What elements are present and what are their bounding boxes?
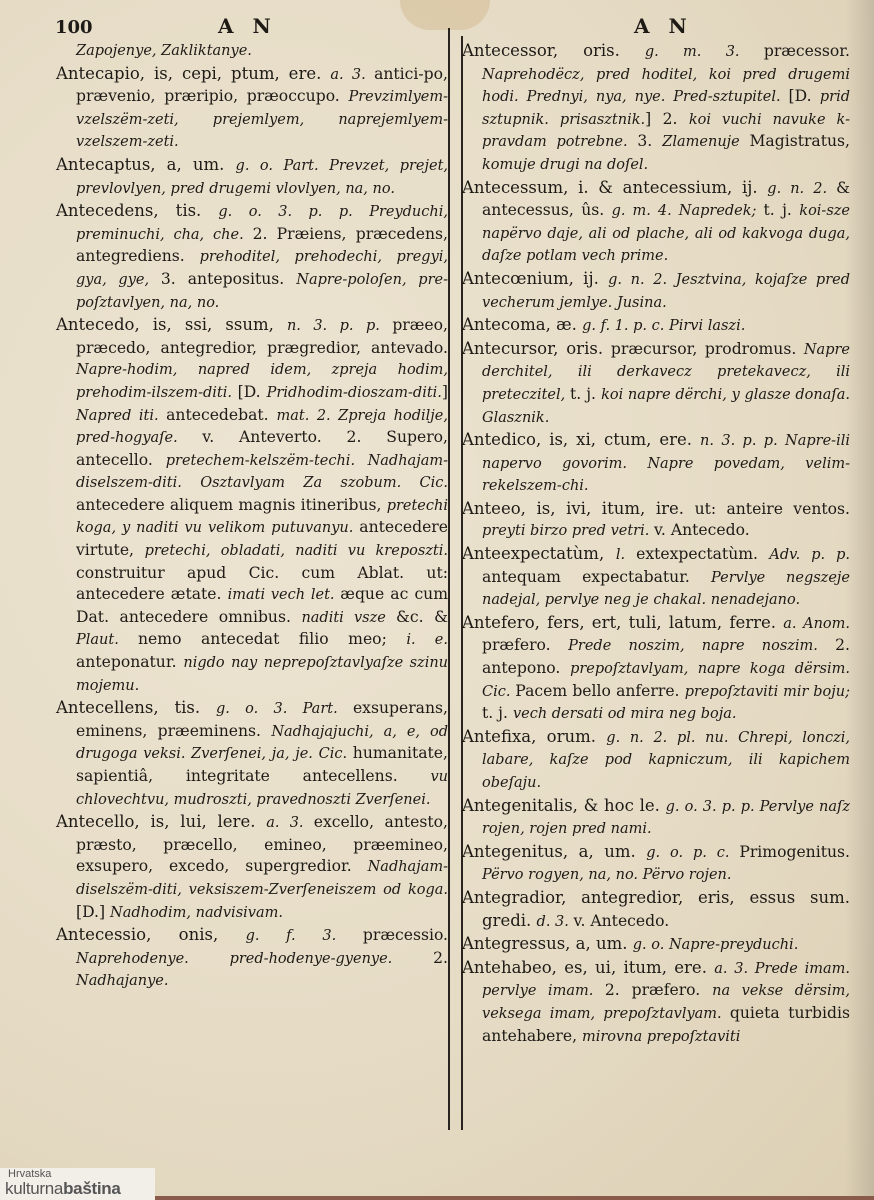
entry-text: extexpectatùm. [636,545,769,563]
left-running-head: A N [218,14,277,38]
entry-headword: Antehabeo, es, ui, itum, ere. [462,958,714,977]
entry-translation: l. [616,547,636,563]
entry-headword: Antecessor, oris. [462,41,645,60]
entry-text: 2. præfero. [605,981,712,999]
entry-text: antequam expectabatur. [482,568,711,586]
entry-translation: i. e. [406,632,448,648]
dictionary-entry: Antegenitalis, & hoc le. g. o. 3. p. p. … [462,795,850,841]
dictionary-entry: Antecursor, oris. præcursor, prodromus. … [462,338,850,429]
entry-translation: Plaut. [76,632,138,648]
entry-text: nemo antecedat filio meo; [138,630,406,648]
page-number: 100 [55,17,93,38]
entry-text: t. j. [482,704,513,722]
entry-text: præcessio. [363,926,448,944]
entry-translation: Prede noszim, napre noszim. [568,638,835,654]
left-column: Zapojenye, Zakliktanye.Antecapio, is, ce… [56,40,448,993]
entry-translation: g. o. 3. Part. [216,701,353,717]
dictionary-entry: Antegenitus, a, um. g. o. p. c. Primogen… [462,841,850,887]
right-column: Antecessor, oris. g. m. 3. præcessor. Na… [462,40,850,1048]
entry-text: anteponatur. [76,653,183,671]
entry-translation: prepoſztaviti mir boju; [685,684,850,700]
entry-text: [D. [238,383,267,401]
scanned-dictionary-page: 100 A N A N Zapojenye, Zakliktanye.Antec… [0,0,874,1200]
entry-headword: Antecessio, onis, [56,925,246,944]
entry-translation: Napred iti. [76,408,166,424]
entry-text: præcessor. [764,42,850,60]
entry-text: antecedere aliquem magnis itineribus, [76,496,387,514]
dictionary-entry: Antecellens, tis. g. o. 3. Part. exsuper… [56,697,448,811]
entry-translation: a. 3. [330,67,374,83]
entry-translation: n. 3. p. p. [287,318,392,334]
entry-text: [D. [789,87,820,105]
entry-headword: Antecapio, is, cepi, ptum, ere. [56,64,330,83]
entry-text: &c. & [396,608,448,626]
entry-translation: g. f. 3. [246,928,363,944]
entry-headword: Antegenitus, a, um. [462,842,646,861]
entry-text: v. Antecedo. [574,912,670,930]
dictionary-entry: Anteexpectatùm, l. extexpectatùm. Adv. p… [462,543,850,612]
entry-text: 3. [637,132,662,150]
dictionary-entry: Antecoma, æ. g. f. 1. p. c. Pirvi laszi. [462,314,850,338]
entry-translation: Naprehodenye. pred-hodenye-gyenye. [76,951,433,967]
entry-headword: Antecoma, æ. [462,315,582,334]
dictionary-entry: Antecedens, tis. g. o. 3. p. p. Preyduch… [56,200,448,314]
entry-translation: Zlamenuje [662,134,749,150]
paper-stain [400,0,490,30]
watermark-logo: Hrvatska kulturnabaština [0,1168,155,1200]
entry-translation: g. f. 1. p. c. Pirvi laszi. [582,318,745,334]
entry-headword: Antedico, is, xi, ctum, ere. [462,430,700,449]
dictionary-entry: Antecapio, is, cepi, ptum, ere. a. 3. an… [56,63,448,154]
dictionary-entry: Zapojenye, Zakliktanye. [56,40,448,63]
entry-translation: Përvo rogyen, na, no. Përvo rojen. [482,867,732,883]
dictionary-entry: Antecœnium, ij. g. n. 2. Jesztvina, koja… [462,268,850,314]
entry-translation: Nadhodim, nadvisivam. [110,905,283,921]
entry-translation: Zapojenye, Zakliktanye. [76,43,252,59]
dictionary-entry: Antehabeo, es, ui, itum, ere. a. 3. Pred… [462,957,850,1048]
entry-text: Primogenitus. [739,843,850,861]
entry-headword: Antecursor, oris. [462,339,611,358]
entry-text: 2. [433,949,448,967]
entry-translation: g. o. p. c. [646,845,739,861]
dictionary-entry: Antecaptus, a, um. g. o. Part. Prevzet, … [56,154,448,200]
entry-text: antecedebat. [166,406,276,424]
right-running-head: A N [634,14,693,38]
entry-text: 3. antepositus. [161,270,296,288]
entry-text: præcursor, prodromus. [611,340,804,358]
entry-headword: Antecello, is, lui, lere. [56,812,266,831]
dictionary-entry: Antecessum, i. & antecessium, ij. g. n. … [462,177,850,268]
entry-headword: Antecaptus, a, um. [56,155,236,174]
entry-translation: Pridhodim-dioszam-diti. [267,385,442,401]
entry-translation: g. m. 3. [645,44,764,60]
watermark-line2: kulturnabaština [5,1180,121,1197]
entry-headword: Antecessum, i. & antecessium, ij. [462,178,767,197]
entry-text: ] 2. [645,110,689,128]
dictionary-entry: Antefixa, orum. g. n. 2. pl. nu. Chrepi,… [462,726,850,795]
entry-headword: Anteeo, is, ivi, itum, ire. [462,499,695,518]
entry-translation: naditi vsze [301,610,396,626]
entry-text: ] [442,383,448,401]
entry-headword: Antecœnium, ij. [462,269,608,288]
entry-translation: imati vech let. [228,587,341,603]
entry-text: præfero. [482,636,568,654]
dictionary-entry: Antegradior, antegredior, eris, essus su… [462,887,850,933]
entry-text: ut: anteire ventos. [695,500,850,518]
entry-translation: vech dersati od mira neg boja. [513,706,737,722]
entry-translation: komuje drugi na doſel. [482,157,648,173]
column-divider-left [448,28,450,1130]
dictionary-entry: Antedico, is, xi, ctum, ere. n. 3. p. p.… [462,429,850,498]
watermark-word-kulturna: kulturna [5,1179,63,1198]
dictionary-entry: Antefero, fers, ert, tuli, latum, ferre.… [462,612,850,726]
entry-headword: Antecedo, is, ssi, ssum, [56,315,287,334]
watermark-word-bastina: baština [63,1179,120,1198]
entry-translation: Nadhajanye. [76,973,168,989]
entry-translation: g. n. 2. [767,181,836,197]
entry-headword: Antefero, fers, ert, tuli, latum, ferre. [462,613,783,632]
entry-translation: g. m. 4. Napredek; [612,203,764,219]
entry-text: v. Antecedo. [654,521,750,539]
entry-headword: Anteexpectatùm, [462,544,616,563]
dictionary-entry: Antegressus, a, um. g. o. Napre-preyduch… [462,933,850,957]
entry-text: [D.] [76,903,110,921]
entry-headword: Antecedens, tis. [56,201,218,220]
entry-translation: d. 3. [537,914,574,930]
dictionary-entry: Anteeo, is, ivi, itum, ire. ut: anteire … [462,498,850,543]
dictionary-entry: Antecello, is, lui, lere. a. 3. excello,… [56,811,448,924]
dictionary-entry: Antecedo, is, ssi, ssum, n. 3. p. p. præ… [56,314,448,697]
entry-headword: Antefixa, orum. [462,727,606,746]
entry-translation: g. o. Napre-preyduchi. [633,937,799,953]
entry-headword: Antegressus, a, um. [462,934,633,953]
entry-text: Pacem bello anferre. [515,682,684,700]
entry-translation: a. Anom. [783,616,850,632]
entry-translation: Adv. p. p. [769,547,850,563]
entry-text: Magistratus, [749,132,850,150]
entry-translation: a. 3. [266,815,313,831]
entry-text: t. j. [570,385,601,403]
entry-translation: mirovna prepoſztaviti [582,1029,740,1045]
entry-text: t. j. [763,201,799,219]
entry-translation: pretechi, obladati, naditi vu kreposzti. [145,543,448,559]
dictionary-entry: Antecessor, oris. g. m. 3. præcessor. Na… [462,40,850,177]
dictionary-entry: Antecessio, onis, g. f. 3. præcessio. Na… [56,924,448,993]
entry-translation: preyti birzo pred vetri. [482,523,654,539]
entry-headword: Antecellens, tis. [56,698,216,717]
entry-headword: Antegenitalis, & hoc le. [462,796,666,815]
